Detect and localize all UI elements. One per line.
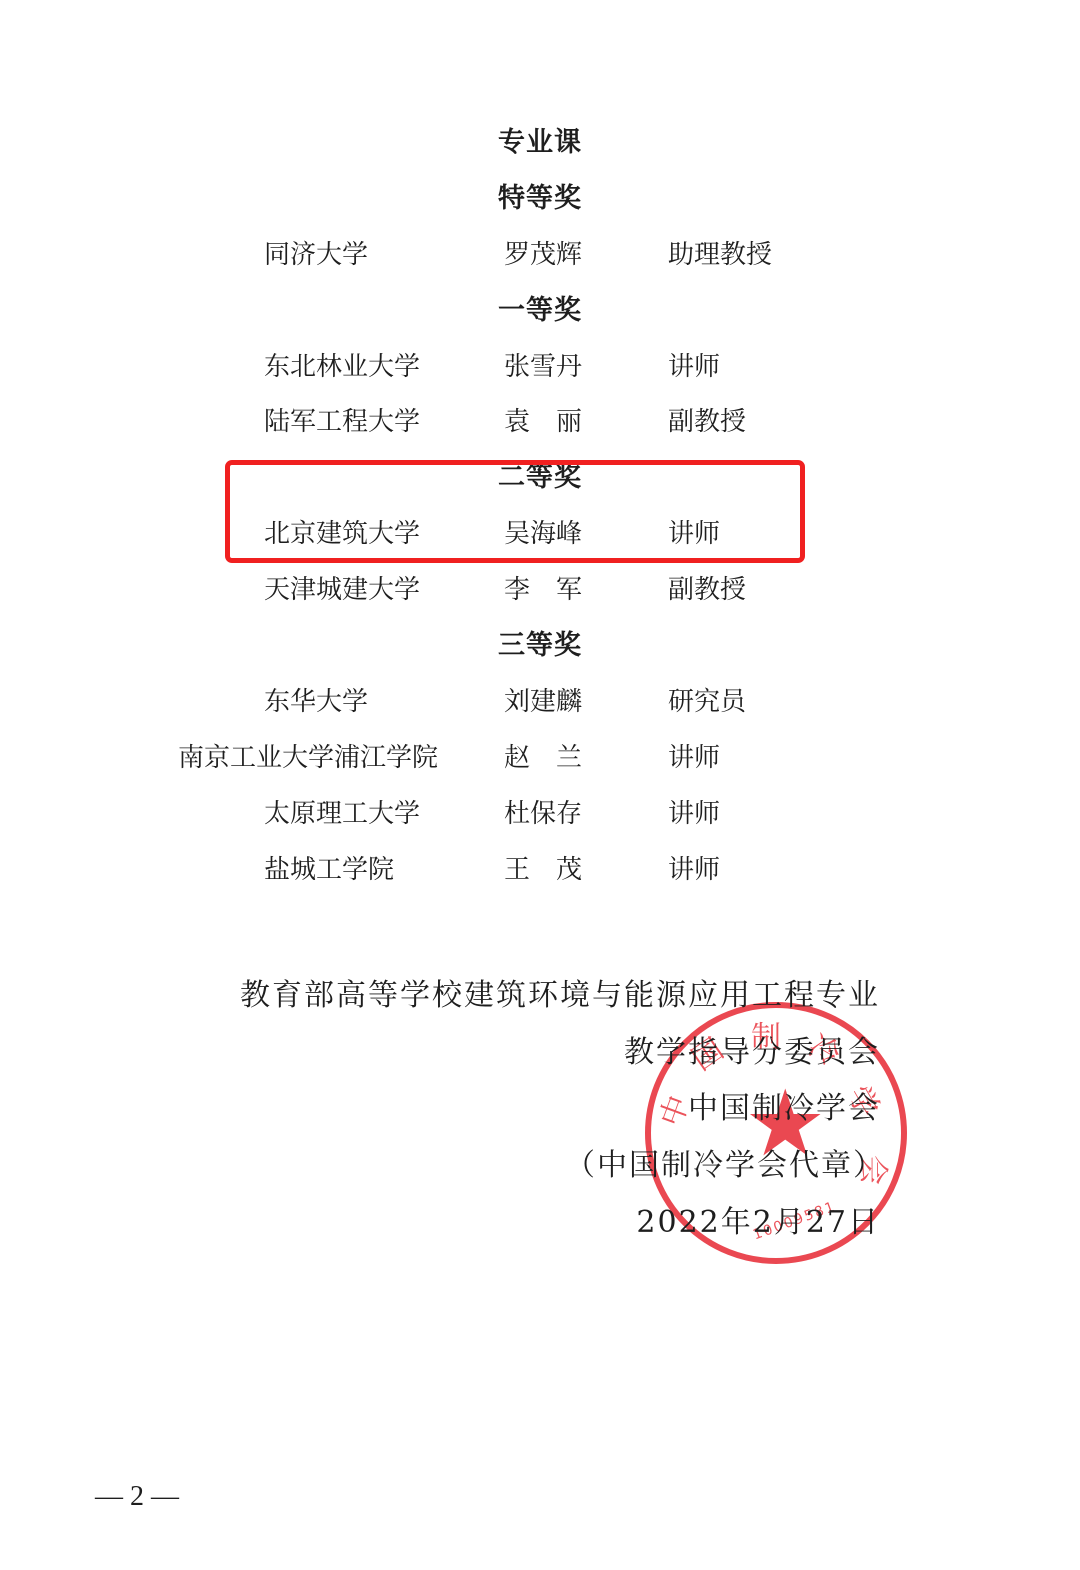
page-number: — 2 —	[95, 1480, 179, 1514]
winner-title: 研究员	[668, 685, 746, 719]
institution: 东北林业大学	[264, 350, 420, 384]
award-level-special: 特等奖	[0, 182, 1080, 216]
winner-title: 讲师	[668, 853, 720, 887]
winner-name: 张雪丹	[504, 350, 582, 384]
winner-name: 刘建麟	[504, 685, 582, 719]
winner-row: 盐城工学院 王 茂 讲师	[0, 853, 1080, 887]
institution: 天津城建大学	[264, 573, 420, 607]
award-level-first: 一等奖	[0, 294, 1080, 328]
winner-row: 陆军工程大学 袁 丽 副教授	[0, 405, 1080, 439]
winner-row: 太原理工大学 杜保存 讲师	[0, 797, 1080, 831]
institution: 太原理工大学	[264, 797, 420, 831]
winner-title: 讲师	[668, 741, 720, 775]
institution: 陆军工程大学	[264, 405, 420, 439]
winner-row: 同济大学 罗茂辉 助理教授	[0, 238, 1080, 272]
winner-row: 南京工业大学浦江学院 赵 兰 讲师	[0, 741, 1080, 775]
winner-name: 赵 兰	[504, 741, 582, 775]
winner-title: 副教授	[668, 573, 746, 607]
winner-name: 罗茂辉	[504, 238, 582, 272]
winner-row: 东华大学 刘建麟 研究员	[0, 685, 1080, 719]
signature-date: 2022年2月27日	[636, 1203, 880, 1243]
winner-name: 王 茂	[504, 853, 582, 887]
institution: 东华大学	[264, 685, 368, 719]
winner-title: 讲师	[668, 797, 720, 831]
institution: 南京工业大学浦江学院	[178, 741, 438, 775]
highlight-box	[225, 460, 805, 563]
signature-line-2: 教学指导分委员会	[624, 1033, 880, 1073]
institution: 盐城工学院	[264, 853, 394, 887]
winner-name: 李 军	[504, 573, 582, 607]
winner-name: 杜保存	[504, 797, 582, 831]
winner-name: 袁 丽	[504, 405, 582, 439]
winner-row: 东北林业大学 张雪丹 讲师	[0, 350, 1080, 384]
section-title: 专业课	[0, 126, 1080, 160]
signature-line-1: 教育部高等学校建筑环境与能源应用工程专业	[240, 976, 880, 1016]
signature-line-3: 中国制冷学会	[688, 1089, 880, 1129]
signature-line-4: （中国制冷学会代章）	[565, 1146, 885, 1186]
winner-title: 讲师	[668, 350, 720, 384]
winner-title: 副教授	[668, 405, 746, 439]
institution: 同济大学	[264, 238, 368, 272]
winner-row: 天津城建大学 李 军 副教授	[0, 573, 1080, 607]
winner-title: 助理教授	[668, 238, 772, 272]
award-level-third: 三等奖	[0, 629, 1080, 663]
